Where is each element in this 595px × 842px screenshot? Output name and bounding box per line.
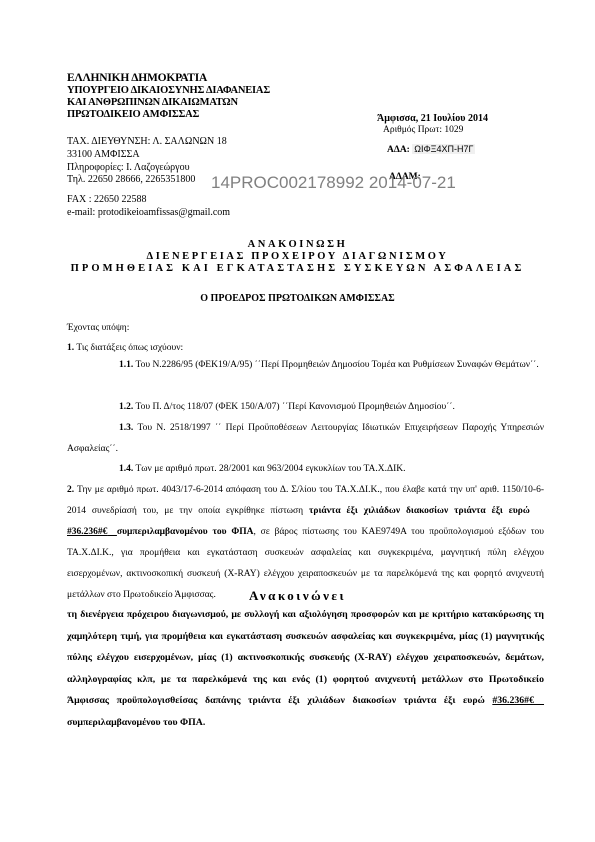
president-heading: Ο ΠΡΟΕΔΡΟΣ ΠΡΩΤΟΔΙΚΩΝ ΑΜΦΙΣΣΑΣ [0, 293, 595, 304]
clause-number: 1.2. [119, 402, 133, 412]
clause-number: 1.1. [119, 360, 133, 370]
protocol-number: Αριθμός Πρωτ: 1029 [383, 125, 463, 135]
clause-number: 1.3. [119, 423, 133, 433]
clause-1-3: 1.3. Του Ν. 2518/1997 ΄΄ Περί Προϋποθέσε… [67, 418, 544, 460]
amount-figure: #36.236#€ [67, 527, 107, 537]
clause-1-4: 1.4. Των με αριθμό πρωτ. 28/2001 και 963… [119, 459, 406, 480]
address-city: 33100 ΑΜΦΙΣΣΑ [67, 149, 140, 162]
org-line-ministry: ΥΠΟΥΡΓΕΙΟ ΔΙΚΑΙΟΣΥΝΗΣ ΔΙΑΦΑΝΕΙΑΣ [67, 85, 270, 96]
address-street: ΤΑΧ. ΔΙΕΥΘΥΝΣΗ: Λ. ΣΑΛΩΝΩΝ 18 [67, 136, 227, 149]
ada-code: ΩΙΦΞ4ΧΠ-Η7Γ [412, 144, 475, 154]
announce-amount: #36.236#€ [492, 695, 534, 706]
clause-text: Τις διατάξεις όπως ισχύουν: [76, 343, 183, 353]
address-info: Πληροφορίες: Ι. Λαζογεώργου [67, 162, 190, 175]
place-date: Άμφισσα, 21 Ιουλίου 2014 [377, 113, 488, 124]
announce-text-end: συμπεριλαμβανομένου του ΦΠΑ. [67, 717, 205, 728]
clause-1-2: 1.2. Του Π. Δ/τος 118/07 (ΦΕΚ 150/Α/07) … [119, 397, 455, 418]
org-line-ministry-2: ΚΑΙ ΑΝΘΡΩΠΙΝΩΝ ΔΙΚΑΙΩΜΑΤΩΝ [67, 97, 238, 108]
org-line-country: ΕΛΛΗΝΙΚΗ ΔΗΜΟΚΡΑΤΙΑ [67, 73, 207, 84]
vat-included: συμπεριλαμβανομένου του ΦΠΑ [117, 527, 254, 537]
intro-text: Έχοντας υπόψη: [67, 318, 129, 339]
announce-text: τη διενέργεια πρόχειρου διαγωνισμού, με … [67, 609, 544, 706]
clause-text: Του Π. Δ/τος 118/07 (ΦΕΚ 150/Α/07) ΄΄Περ… [135, 402, 454, 412]
address-fax: FAX : 22650 22588 [67, 194, 147, 207]
address-email: e-mail: protodikeioamfissas@gmail.com [67, 207, 230, 220]
clause-text: Των με αριθμό πρωτ. 28/2001 και 963/2004… [135, 464, 405, 474]
org-line-court: ΠΡΩΤΟΔΙΚΕΙΟ ΑΜΦΙΣΣΑΣ [67, 109, 199, 120]
title-tender: ΔΙΕΝΕΡΓΕΙΑΣ ΠΡΟΧΕΙΡΟΥ ΔΙΑΓΩΝΙΣΜΟΥ [0, 251, 595, 262]
address-phone: Τηλ. 22650 28666, 2265351800 [67, 174, 195, 187]
title-procurement: ΠΡΟΜΗΘΕΙΑΣ ΚΑΙ ΕΓΚΑΤΑΣΤΑΣΗΣ ΣΥΣΚΕΥΩΝ ΑΣΦ… [0, 263, 595, 274]
clause-1-1: 1.1. Του Ν.2286/95 (ΦΕΚ19/Α/95) ΄΄Περί Π… [67, 355, 544, 376]
clause-text: Του Ν. 2518/1997 ΄΄ Περί Προϋποθέσεων Λε… [67, 423, 544, 454]
announce-heading: Ανακοινώνει [0, 588, 595, 604]
amount-words: τριάντα έξι χιλιάδων διακοσίων τριάντα έ… [309, 506, 530, 516]
clause-number: 1. [67, 343, 74, 353]
title-announcement: ΑΝΑΚΟΙΝΩΣΗ [0, 239, 595, 250]
clause-number: 2. [67, 485, 74, 495]
document-stamp: 14PROC002178992 2014-07-21 [211, 173, 456, 193]
announce-body: τη διενέργεια πρόχειρου διαγωνισμού, με … [67, 604, 544, 733]
ada-field: ΑΔΑ: ΩΙΦΞ4ΧΠ-Η7Γ [387, 144, 475, 155]
ada-label: ΑΔΑ: [387, 145, 410, 155]
clause-text: Του Ν.2286/95 (ΦΕΚ19/Α/95) ΄΄Περί Προμηθ… [135, 360, 538, 370]
clause-number: 1.4. [119, 464, 133, 474]
